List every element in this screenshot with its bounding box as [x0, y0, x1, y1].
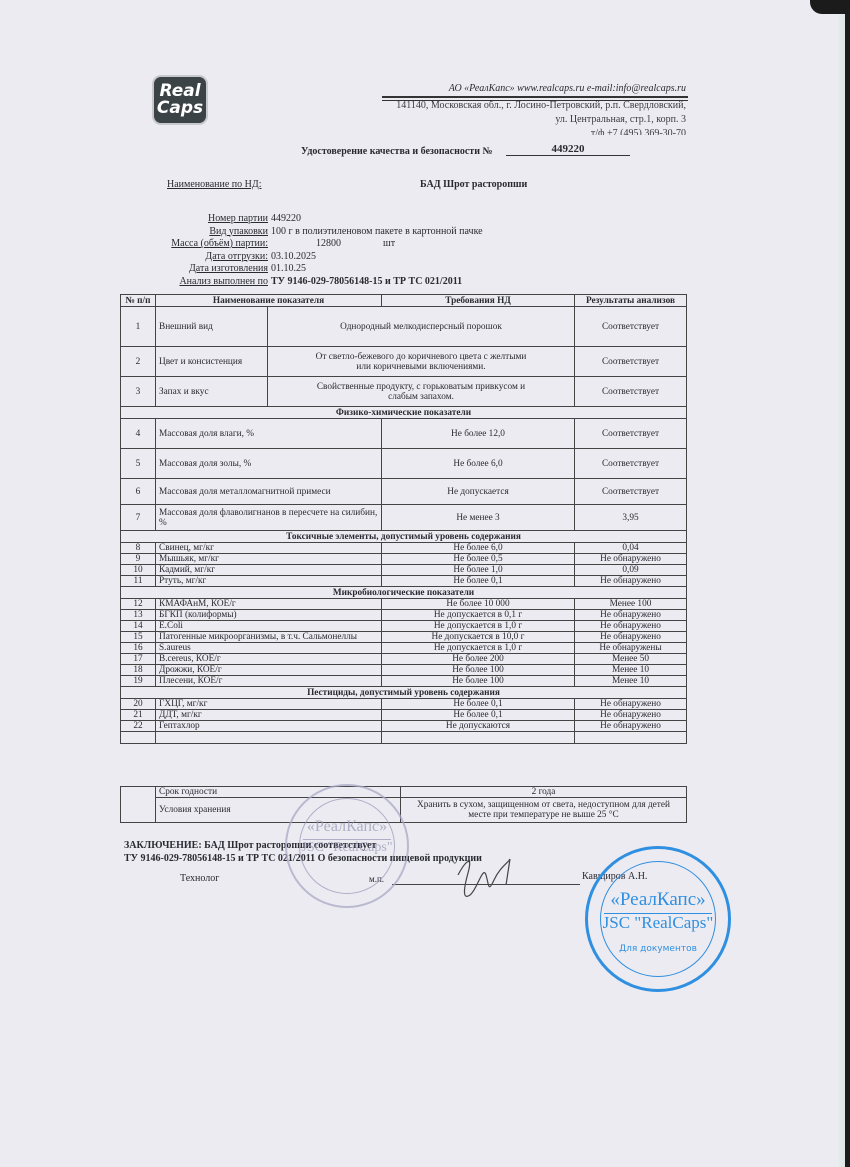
signer-role: Технолог [180, 873, 219, 884]
row-number: 6 [121, 479, 156, 505]
table-header: № п/пНаименование показателяТребования Н… [121, 295, 687, 307]
indicator-name: Дрожжи, КОЕ/г [156, 665, 382, 676]
result: 0,04 [575, 543, 687, 554]
result: Соответствует [575, 307, 687, 347]
result: Не обнаружено [575, 621, 687, 632]
requirement: Не допускается [382, 479, 575, 505]
stamp-text-en: JSC "RealCaps" [588, 913, 728, 933]
table-row: 6Массовая доля металломагнитной примесиН… [121, 479, 687, 505]
table-row: 7Массовая доля флаволигнанов в пересчете… [121, 505, 687, 531]
row-number: 3 [121, 377, 156, 407]
indicator-name: Ртуть, мг/кг [156, 576, 382, 587]
row-number: 21 [121, 710, 156, 721]
requirement: Не допускается в 10,0 г [382, 632, 575, 643]
result: Менее 10 [575, 665, 687, 676]
indicator-name: S.aureus [156, 643, 382, 654]
stamp-text-ru: «РеалКапс» [588, 889, 728, 911]
row-number: 2 [121, 347, 156, 377]
requirement: Не более 10 000 [382, 599, 575, 610]
table-row: 10Кадмий, мг/кгНе более 1,00,09 [121, 565, 687, 576]
row-number: 17 [121, 654, 156, 665]
stamp-text-purpose: Для документов [588, 944, 728, 954]
batch-number-label: Номер партии [150, 213, 271, 226]
result: Не обнаружено [575, 576, 687, 587]
requirement: Не более 0,5 [382, 554, 575, 565]
table-row: 16S.aureusНе допускается в 1,0 гНе обнар… [121, 643, 687, 654]
row-number: 16 [121, 643, 156, 654]
indicator-name: Кадмий, мг/кг [156, 565, 382, 576]
product-name: БАД Шрот расторопши [420, 179, 527, 190]
row-number: 4 [121, 419, 156, 449]
section-header: Микробиологические показатели [121, 587, 687, 599]
row-number: 13 [121, 610, 156, 621]
row-number: 15 [121, 632, 156, 643]
storage-conditions-value: Хранить в сухом, защищенном от света, не… [401, 798, 687, 823]
batch-info: Номер партии449220 Вид упаковки100 г в п… [150, 213, 650, 288]
requirement: Не более 100 [382, 676, 575, 687]
result: Не обнаружены [575, 643, 687, 654]
analysis-standard-label: Анализ выполнен по [150, 276, 271, 289]
result: Соответствует [575, 377, 687, 407]
table-row: 20ГХЦГ, мг/кгНе более 0,1Не обнаружено [121, 699, 687, 710]
table-row: 4Массовая доля влаги, %Не более 12,0Соот… [121, 419, 687, 449]
column-header: № п/п [121, 295, 156, 307]
indicator-name: Плесени, КОЕ/г [156, 676, 382, 687]
column-header: Результаты анализов [575, 295, 687, 307]
row-number: 12 [121, 599, 156, 610]
row-number: 11 [121, 576, 156, 587]
requirement: Не допускается в 1,0 г [382, 621, 575, 632]
row-number: 19 [121, 676, 156, 687]
requirement: Не допускаются [382, 721, 575, 732]
result: Не обнаружено [575, 721, 687, 732]
table-row: 12КМАФАнМ, КОЕ/гНе более 10 000Менее 100 [121, 599, 687, 610]
analysis-standard-value: ТУ 9146-029-78056148-15 и ТР ТС 021/2011 [271, 276, 462, 287]
packaging-value: 100 г в полиэтиленовом пакете в картонно… [271, 226, 483, 239]
result: Не обнаружено [575, 554, 687, 565]
result: 0,09 [575, 565, 687, 576]
requirement: Не более 0,1 [382, 576, 575, 587]
indicator-name: Массовая доля флаволигнанов в пересчете … [156, 505, 382, 531]
requirement: Не более 6,0 [382, 449, 575, 479]
requirement: Не менее 3 [382, 505, 575, 531]
table-row: 14E.ColiНе допускается в 1,0 гНе обнаруж… [121, 621, 687, 632]
section-header: Пестициды, допустимый уровень содержания [121, 687, 687, 699]
table-row: 15Патогенные микроорганизмы, в т.ч. Саль… [121, 632, 687, 643]
row-number: 20 [121, 699, 156, 710]
address-phone: т/ф +7 (495) 369-30-70 [396, 127, 686, 135]
address-line: 141140, Московская обл., г. Лосино-Петро… [396, 99, 686, 113]
result: Не обнаружено [575, 610, 687, 621]
result: Менее 10 [575, 676, 687, 687]
section-header: Токсичные элементы, допустимый уровень с… [121, 531, 687, 543]
scanner-edge-corner [810, 0, 850, 14]
requirement: Не допускается в 0,1 г [382, 610, 575, 621]
requirement [382, 732, 575, 744]
indicator-name: Свинец, мг/кг [156, 543, 382, 554]
requirement: Не более 0,1 [382, 710, 575, 721]
row-number: 7 [121, 505, 156, 531]
result: Не обнаружено [575, 710, 687, 721]
scanner-edge [838, 0, 850, 1167]
table-row: 18Дрожжи, КОЕ/гНе более 100Менее 10 [121, 665, 687, 676]
requirement: Не более 12,0 [382, 419, 575, 449]
requirement: Свойственные продукту, с горьковатым при… [268, 377, 575, 407]
address-line: ул. Центральная, стр.1, корп. 3 [396, 113, 686, 127]
indicator-name: Массовая доля металломагнитной примеси [156, 479, 382, 505]
section-title: Микробиологические показатели [121, 587, 687, 599]
column-header: Требования НД [382, 295, 575, 307]
section-title: Физико-химические показатели [121, 407, 687, 419]
indicator-name: Массовая доля влаги, % [156, 419, 382, 449]
result: Не обнаружено [575, 632, 687, 643]
result: Менее 50 [575, 654, 687, 665]
shelf-life-value: 2 года [401, 787, 687, 798]
manufacture-date-value: 01.10.25 [271, 263, 306, 276]
indicator-name [156, 732, 382, 744]
packaging-label: Вид упаковки [150, 226, 271, 239]
row-number: 1 [121, 307, 156, 347]
stamp-text-en: JSC "RealCaps" [287, 840, 407, 856]
company-stamp-faded: «РеалКапс» JSC "RealCaps" [285, 784, 409, 908]
row-number: 10 [121, 565, 156, 576]
requirement: Не более 100 [382, 665, 575, 676]
row-number: 9 [121, 554, 156, 565]
requirement: Не более 0,1 [382, 699, 575, 710]
handwritten-signature [448, 845, 528, 905]
indicator-name: Патогенные микроорганизмы, в т.ч. Сальмо… [156, 632, 382, 643]
company-stamp: «РеалКапс» JSC "RealCaps" Для документов [585, 846, 731, 992]
row-number: 5 [121, 449, 156, 479]
requirement: Не более 1,0 [382, 565, 575, 576]
table-row: 21ДДТ, мг/кгНе более 0,1Не обнаружено [121, 710, 687, 721]
table-row: 8Свинец, мг/кгНе более 6,00,04 [121, 543, 687, 554]
requirement: Не допускается в 1,0 г [382, 643, 575, 654]
section-title: Пестициды, допустимый уровень содержания [121, 687, 687, 699]
requirement: Не более 200 [382, 654, 575, 665]
certificate-title: Удостоверение качества и безопасности № [301, 146, 493, 157]
logo-line-2: Caps [154, 100, 206, 117]
table-row: 13БГКП (колиформы)Не допускается в 0,1 г… [121, 610, 687, 621]
indicator-name: БГКП (колиформы) [156, 610, 382, 621]
indicator-name: КМАФАнМ, КОЕ/г [156, 599, 382, 610]
table-row: 2Цвет и консистенцияОт светло-бежевого д… [121, 347, 687, 377]
manufacture-date-label: Дата изготовления [150, 263, 271, 276]
table-row: 9Мышьяк, мг/кгНе более 0,5Не обнаружено [121, 554, 687, 565]
table-row: 11Ртуть, мг/кгНе более 0,1Не обнаружено [121, 576, 687, 587]
table-row: 22ГептахлорНе допускаютсяНе обнаружено [121, 721, 687, 732]
realcaps-logo: Real Caps [152, 75, 208, 125]
row-number: 8 [121, 543, 156, 554]
analysis-table: № п/пНаименование показателяТребования Н… [120, 294, 687, 744]
table-row: 1Внешний видОднородный мелкодисперсный п… [121, 307, 687, 347]
result: Соответствует [575, 449, 687, 479]
shelf-life-row: Срок годности 2 года [121, 787, 687, 798]
indicator-name: Цвет и консистенция [156, 347, 268, 377]
company-address: 141140, Московская обл., г. Лосино-Петро… [396, 99, 686, 135]
certificate-number: 449220 [506, 143, 630, 156]
mass-label: Масса (объём) партии: [150, 238, 271, 251]
indicator-name: B.cereus, КОЕ/г [156, 654, 382, 665]
row-number: 22 [121, 721, 156, 732]
indicator-name: Внешний вид [156, 307, 268, 347]
table-row: 3Запах и вкусСвойственные продукту, с го… [121, 377, 687, 407]
indicator-name: ДДТ, мг/кг [156, 710, 382, 721]
result: Соответствует [575, 347, 687, 377]
row-number: 18 [121, 665, 156, 676]
row-number [121, 732, 156, 744]
mass-unit: шт [383, 238, 395, 251]
result [575, 732, 687, 744]
section-header: Физико-химические показатели [121, 407, 687, 419]
indicator-name: Мышьяк, мг/кг [156, 554, 382, 565]
section-title: Токсичные элементы, допустимый уровень с… [121, 531, 687, 543]
shipping-date-value: 03.10.2025 [271, 251, 316, 264]
table-row: 19Плесени, КОЕ/гНе более 100Менее 10 [121, 676, 687, 687]
mass-quantity: 12800 [271, 238, 341, 251]
storage-num-cell [121, 787, 156, 823]
indicator-name: Массовая доля золы, % [156, 449, 382, 479]
requirement: Однородный мелкодисперсный порошок [268, 307, 575, 347]
table-row: 5Массовая доля золы, %Не более 6,0Соотве… [121, 449, 687, 479]
indicator-name: ГХЦГ, мг/кг [156, 699, 382, 710]
requirement: Не более 6,0 [382, 543, 575, 554]
result: Не обнаружено [575, 699, 687, 710]
result: Менее 100 [575, 599, 687, 610]
company-line: АО «РеалКапс» www.realcaps.ru e-mail:inf… [449, 83, 686, 94]
empty-row [121, 732, 687, 744]
requirement: От светло-бежевого до коричневого цвета … [268, 347, 575, 377]
batch-number-value: 449220 [271, 213, 301, 226]
row-number: 14 [121, 621, 156, 632]
result: Соответствует [575, 479, 687, 505]
nd-label: Наименование по НД: [167, 179, 261, 190]
column-header: Наименование показателя [156, 295, 382, 307]
indicator-name: E.Coli [156, 621, 382, 632]
table-row: 17B.cereus, КОЕ/гНе более 200Менее 50 [121, 654, 687, 665]
stamp-text-ru: «РеалКапс» [287, 818, 407, 836]
indicator-name: Запах и вкус [156, 377, 268, 407]
shipping-date-label: Дата отгрузки: [150, 251, 271, 264]
result: 3,95 [575, 505, 687, 531]
indicator-name: Гептахлор [156, 721, 382, 732]
result: Соответствует [575, 419, 687, 449]
